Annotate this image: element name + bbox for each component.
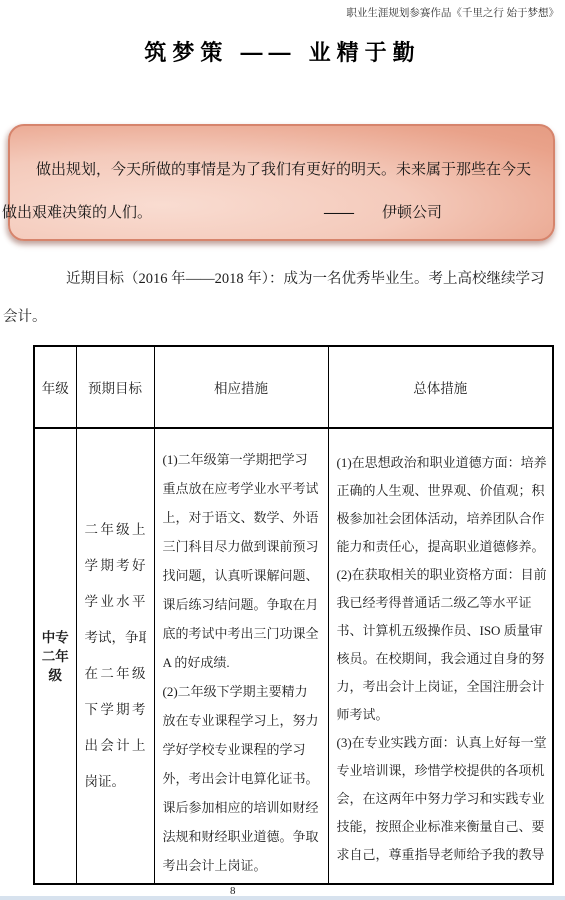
cell-overall-measures: (1)在思想政治和职业道德方面：培养正确的人生观、世界观、价值观；积极参加社会团…: [328, 428, 553, 884]
measure-line: 考出会计上岗证。: [163, 851, 325, 880]
measure-line: 重点放在应考学业水平考试: [163, 474, 325, 503]
overall-line: 我已经考得普通话二级乙等水平证: [337, 589, 550, 617]
quote-attribution-dash: ——: [324, 205, 354, 221]
overall-line: 核员。在校期间，我会通过自身的努: [337, 645, 550, 673]
overall-line: 能力和责任心，提高职业道德修养。: [337, 533, 550, 561]
quote-attribution: 伊顿公司: [382, 205, 442, 221]
measure-line: 底的考试中考出三门功课全: [163, 619, 325, 648]
overall-line: (1)在思想政治和职业道德方面：培养: [337, 449, 550, 477]
quote-text-line2: 做出艰难决策的人们。——伊顿公司: [2, 201, 442, 222]
goal-line: 学期考好: [85, 548, 146, 584]
overall-line: 极参加社会团体活动，培养团队合作: [337, 505, 550, 533]
quote-text-line2-text: 做出艰难决策的人们。: [2, 205, 152, 221]
career-plan-table: 年级 预期目标 相应措施 总体措施 中专二年级 二年级上学期考好学业水平考试，争…: [33, 345, 554, 885]
measure-line: (2)二年级下学期主要精力: [163, 677, 325, 706]
measure-line: 法规和财经职业道德。争取: [163, 822, 325, 851]
grade-line: 中专: [35, 628, 76, 647]
near-term-goal-paragraph: 近期目标（2016 年——2018 年）：成为一名优秀毕业生。考上高校继续学习 …: [3, 260, 563, 336]
grade-line: 二年: [35, 647, 76, 666]
overall-line: (3)在专业实践方面：认真上好每一堂: [337, 729, 550, 757]
overall-line: 正确的人生观、世界观、价值观；积: [337, 477, 550, 505]
goal-line: 出会计上: [85, 728, 146, 764]
overall-line: 会，在这两年中努力学习和实践专业: [337, 785, 550, 813]
measure-line: (1)二年级第一学期把学习: [163, 445, 325, 474]
goal-line: 二年级上: [85, 512, 146, 548]
measure-line: 上，对于语文、数学、外语: [163, 503, 325, 532]
paragraph-line: 会计。: [3, 298, 563, 336]
overall-line: 求自己，尊重指导老师给予我的教导: [337, 841, 550, 869]
overall-line: 师考试。: [337, 701, 550, 729]
goal-line: 在二年级: [85, 656, 146, 692]
page-title: 筑梦策 —— 业精于勤: [0, 36, 565, 67]
overall-line: 书、计算机五级操作员、ISO 质量审: [337, 617, 550, 645]
measure-line: 学好学校专业课程的学习: [163, 735, 325, 764]
column-header-overall-measures: 总体措施: [328, 346, 553, 428]
column-header-grade: 年级: [34, 346, 76, 428]
goal-line: 下学期考: [85, 692, 146, 728]
overall-line: 技能，按照企业标准来衡量自己、要: [337, 813, 550, 841]
measure-line: 课后练习结问题。争取在月: [163, 590, 325, 619]
grade-line: 级: [35, 666, 76, 685]
quote-box-shape: [8, 124, 555, 241]
quote-text-line1: 做出规划，今天所做的事情是为了我们有更好的明天。未来属于那些在今天: [36, 158, 531, 179]
document-page: 职业生涯规划参赛作品《千里之行 始于梦想》 筑梦策 —— 业精于勤 做出规划，今…: [0, 0, 565, 900]
overall-line: (2)在获取相关的职业资格方面：目前: [337, 561, 550, 589]
table-header-row: 年级 预期目标 相应措施 总体措施: [34, 346, 553, 428]
cell-measures: (1)二年级第一学期把学习重点放在应考学业水平考试上，对于语文、数学、外语三门科…: [154, 428, 328, 884]
overall-line: 力，考出会计上岗证，全国注册会计: [337, 673, 550, 701]
paragraph-line: 近期目标（2016 年——2018 年）：成为一名优秀毕业生。考上高校继续学习: [3, 260, 563, 298]
measure-line: A 的好成绩.: [163, 648, 325, 677]
measure-line: 三门科目尽力做到课前预习: [163, 532, 325, 561]
column-header-measures: 相应措施: [154, 346, 328, 428]
document-header-note: 职业生涯规划参赛作品《千里之行 始于梦想》: [346, 5, 559, 20]
measure-line: 外，考出会计电算化证书。: [163, 764, 325, 793]
overall-line: 专业培训课，珍惜学校提供的各项机: [337, 757, 550, 785]
goal-line: 学业水平: [85, 584, 146, 620]
bottom-edge-strip: [0, 896, 565, 900]
goal-line: 岗证。: [85, 764, 146, 800]
measure-line: 放在专业课程学习上，努力: [163, 706, 325, 735]
measure-line: 找问题，认真听课解问题、: [163, 561, 325, 590]
cell-expected-goal: 二年级上学期考好学业水平考试，争取在二年级下学期考出会计上岗证。: [76, 428, 154, 884]
goal-line: 考试，争取: [85, 620, 146, 656]
table-row: 中专二年级 二年级上学期考好学业水平考试，争取在二年级下学期考出会计上岗证。 (…: [34, 428, 553, 884]
measure-line: 课后参加相应的培训如财经: [163, 793, 325, 822]
cell-grade: 中专二年级: [34, 428, 76, 884]
column-header-expected-goal: 预期目标: [76, 346, 154, 428]
